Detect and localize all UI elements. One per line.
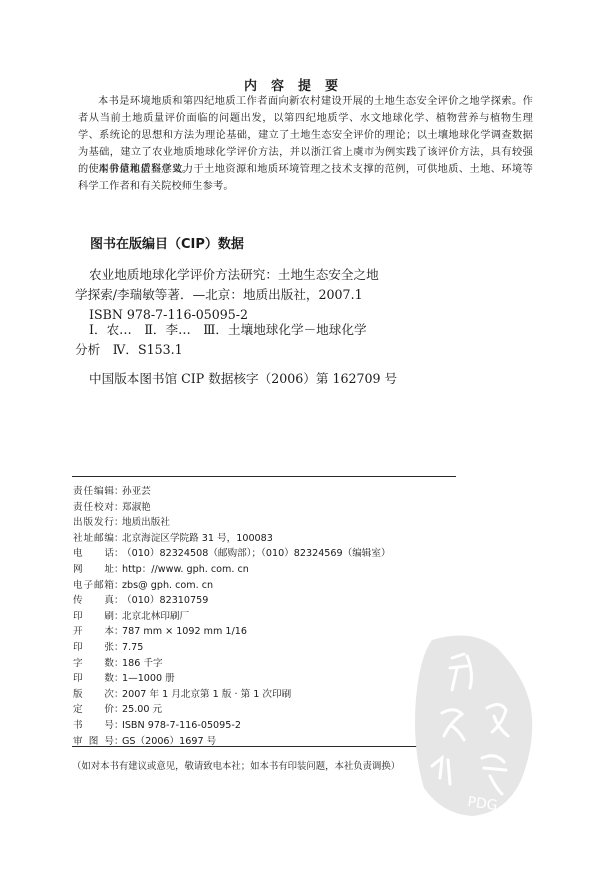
colophon-label: 传真 bbox=[73, 593, 114, 609]
summary-title: 内容提要 bbox=[0, 75, 596, 94]
colophon-value: 7.75 bbox=[122, 640, 143, 656]
colophon-value: 1—1000 册 bbox=[122, 671, 175, 687]
cip-classification-line-2: 分析 Ⅳ．S153.1 bbox=[75, 340, 455, 360]
colophon-label: 电子邮箱 bbox=[73, 578, 114, 594]
seal-watermark-icon: PDG bbox=[412, 628, 542, 818]
cip-verification-block: 中国版本图书馆 CIP 数据核字（2006）第 162709 号 bbox=[75, 369, 455, 389]
colophon-label: 书号 bbox=[73, 718, 114, 734]
colophon-row: 印数：1—1000 册 bbox=[73, 671, 453, 687]
colophon-value: （010）82324508（邮购部）；（010）82324569（编辑室） bbox=[122, 546, 391, 562]
colophon-value: 25.00 元 bbox=[122, 702, 162, 718]
colophon-row: 电话：（010）82324508（邮购部）；（010）82324569（编辑室） bbox=[73, 546, 453, 562]
cip-classification-line-1: Ⅰ．农… Ⅱ．李… Ⅲ．土壤地球化学－地球化学 bbox=[75, 320, 455, 340]
colophon-label: 网址 bbox=[73, 562, 114, 578]
colophon-row: 字数：186 千字 bbox=[73, 656, 453, 672]
divider-bottom bbox=[72, 746, 456, 747]
colophon-value: ISBN 978-7-116-05095-2 bbox=[122, 718, 241, 734]
colophon-label: 责任校对 bbox=[73, 500, 114, 516]
colophon-label: 定价 bbox=[73, 702, 114, 718]
divider-top bbox=[72, 476, 456, 477]
colophon-row: 社址邮编：北京海淀区学院路 31 号，100083 bbox=[73, 531, 453, 547]
colophon-row: 印张：7.75 bbox=[73, 640, 453, 656]
colophon-row: 印刷：北京北林印刷厂 bbox=[73, 609, 453, 625]
colophon-row: 网址：http：//www. gph. com. cn bbox=[73, 562, 453, 578]
colophon-row: 开本：787 mm × 1092 mm 1/16 bbox=[73, 624, 453, 640]
colophon-label: 开本 bbox=[73, 624, 114, 640]
colophon-label: 印数 bbox=[73, 671, 114, 687]
colophon-label: 电话 bbox=[73, 546, 114, 562]
colophon-value: 郑淑艳 bbox=[122, 500, 151, 516]
colophon-label: 印刷 bbox=[73, 609, 114, 625]
summary-paragraph-2: 本书是地质科学致力于土地资源和地质环境管理之技术支撑的范例，可供地质、土地、环境… bbox=[78, 161, 533, 195]
colophon-row: 电子邮箱：zbs@ gph. com. cn bbox=[73, 578, 453, 594]
colophon-value: 2007 年 1 月北京第 1 版 · 第 1 次印刷 bbox=[122, 687, 291, 703]
notice: （如对本书有建议或意见，敬请致电本社；如本书有印装问题，本社负责调换） bbox=[72, 758, 400, 772]
colophon-label: 出版发行 bbox=[73, 515, 114, 531]
colophon-row: 定价：25.00 元 bbox=[73, 702, 453, 718]
colophon-row: 版次：2007 年 1 月北京第 1 版 · 第 1 次印刷 bbox=[73, 687, 453, 703]
colophon-value: （010）82310759 bbox=[122, 593, 208, 609]
colophon-value: 地质出版社 bbox=[122, 515, 170, 531]
cip-title-line-1: 农业地质地球化学评价方法研究：土地生态安全之地 bbox=[75, 265, 455, 285]
colophon-row: 责任校对：郑淑艳 bbox=[73, 500, 453, 516]
cip-record: 农业地质地球化学评价方法研究：土地生态安全之地 学探索/李瑞敏等著．—北京：地质… bbox=[75, 265, 455, 325]
cip-classification: Ⅰ．农… Ⅱ．李… Ⅲ．土壤地球化学－地球化学 分析 Ⅳ．S153.1 bbox=[75, 320, 455, 360]
colophon-row: 出版发行：地质出版社 bbox=[73, 515, 453, 531]
cip-heading: 图书在版编目（CIP）数据 bbox=[90, 233, 244, 252]
colophon-value: 186 千字 bbox=[122, 656, 163, 672]
cip-title-line-2: 学探索/李瑞敏等著．—北京：地质出版社，2007.1 bbox=[75, 285, 455, 305]
colophon: 责任编辑：孙亚芸责任校对：郑淑艳出版发行：地质出版社社址邮编：北京海淀区学院路 … bbox=[73, 484, 453, 749]
colophon-label: 责任编辑 bbox=[73, 484, 114, 500]
colophon-label: 字数 bbox=[73, 656, 114, 672]
colophon-value: 787 mm × 1092 mm 1/16 bbox=[122, 624, 247, 640]
colophon-value: 孙亚芸 bbox=[122, 484, 151, 500]
colophon-label: 版次 bbox=[73, 687, 114, 703]
colophon-value: 北京北林印刷厂 bbox=[122, 609, 189, 625]
colophon-label: 印张 bbox=[73, 640, 114, 656]
colophon-value: zbs@ gph. com. cn bbox=[122, 578, 213, 594]
colophon-label: 社址邮编 bbox=[73, 531, 114, 547]
colophon-value: 北京海淀区学院路 31 号，100083 bbox=[122, 531, 273, 547]
colophon-row: 传真：（010）82310759 bbox=[73, 593, 453, 609]
colophon-row: 书号：ISBN 978-7-116-05095-2 bbox=[73, 718, 453, 734]
colophon-value: http：//www. gph. com. cn bbox=[122, 562, 249, 578]
cip-verification: 中国版本图书馆 CIP 数据核字（2006）第 162709 号 bbox=[75, 369, 455, 389]
colophon-row: 责任编辑：孙亚芸 bbox=[73, 484, 453, 500]
